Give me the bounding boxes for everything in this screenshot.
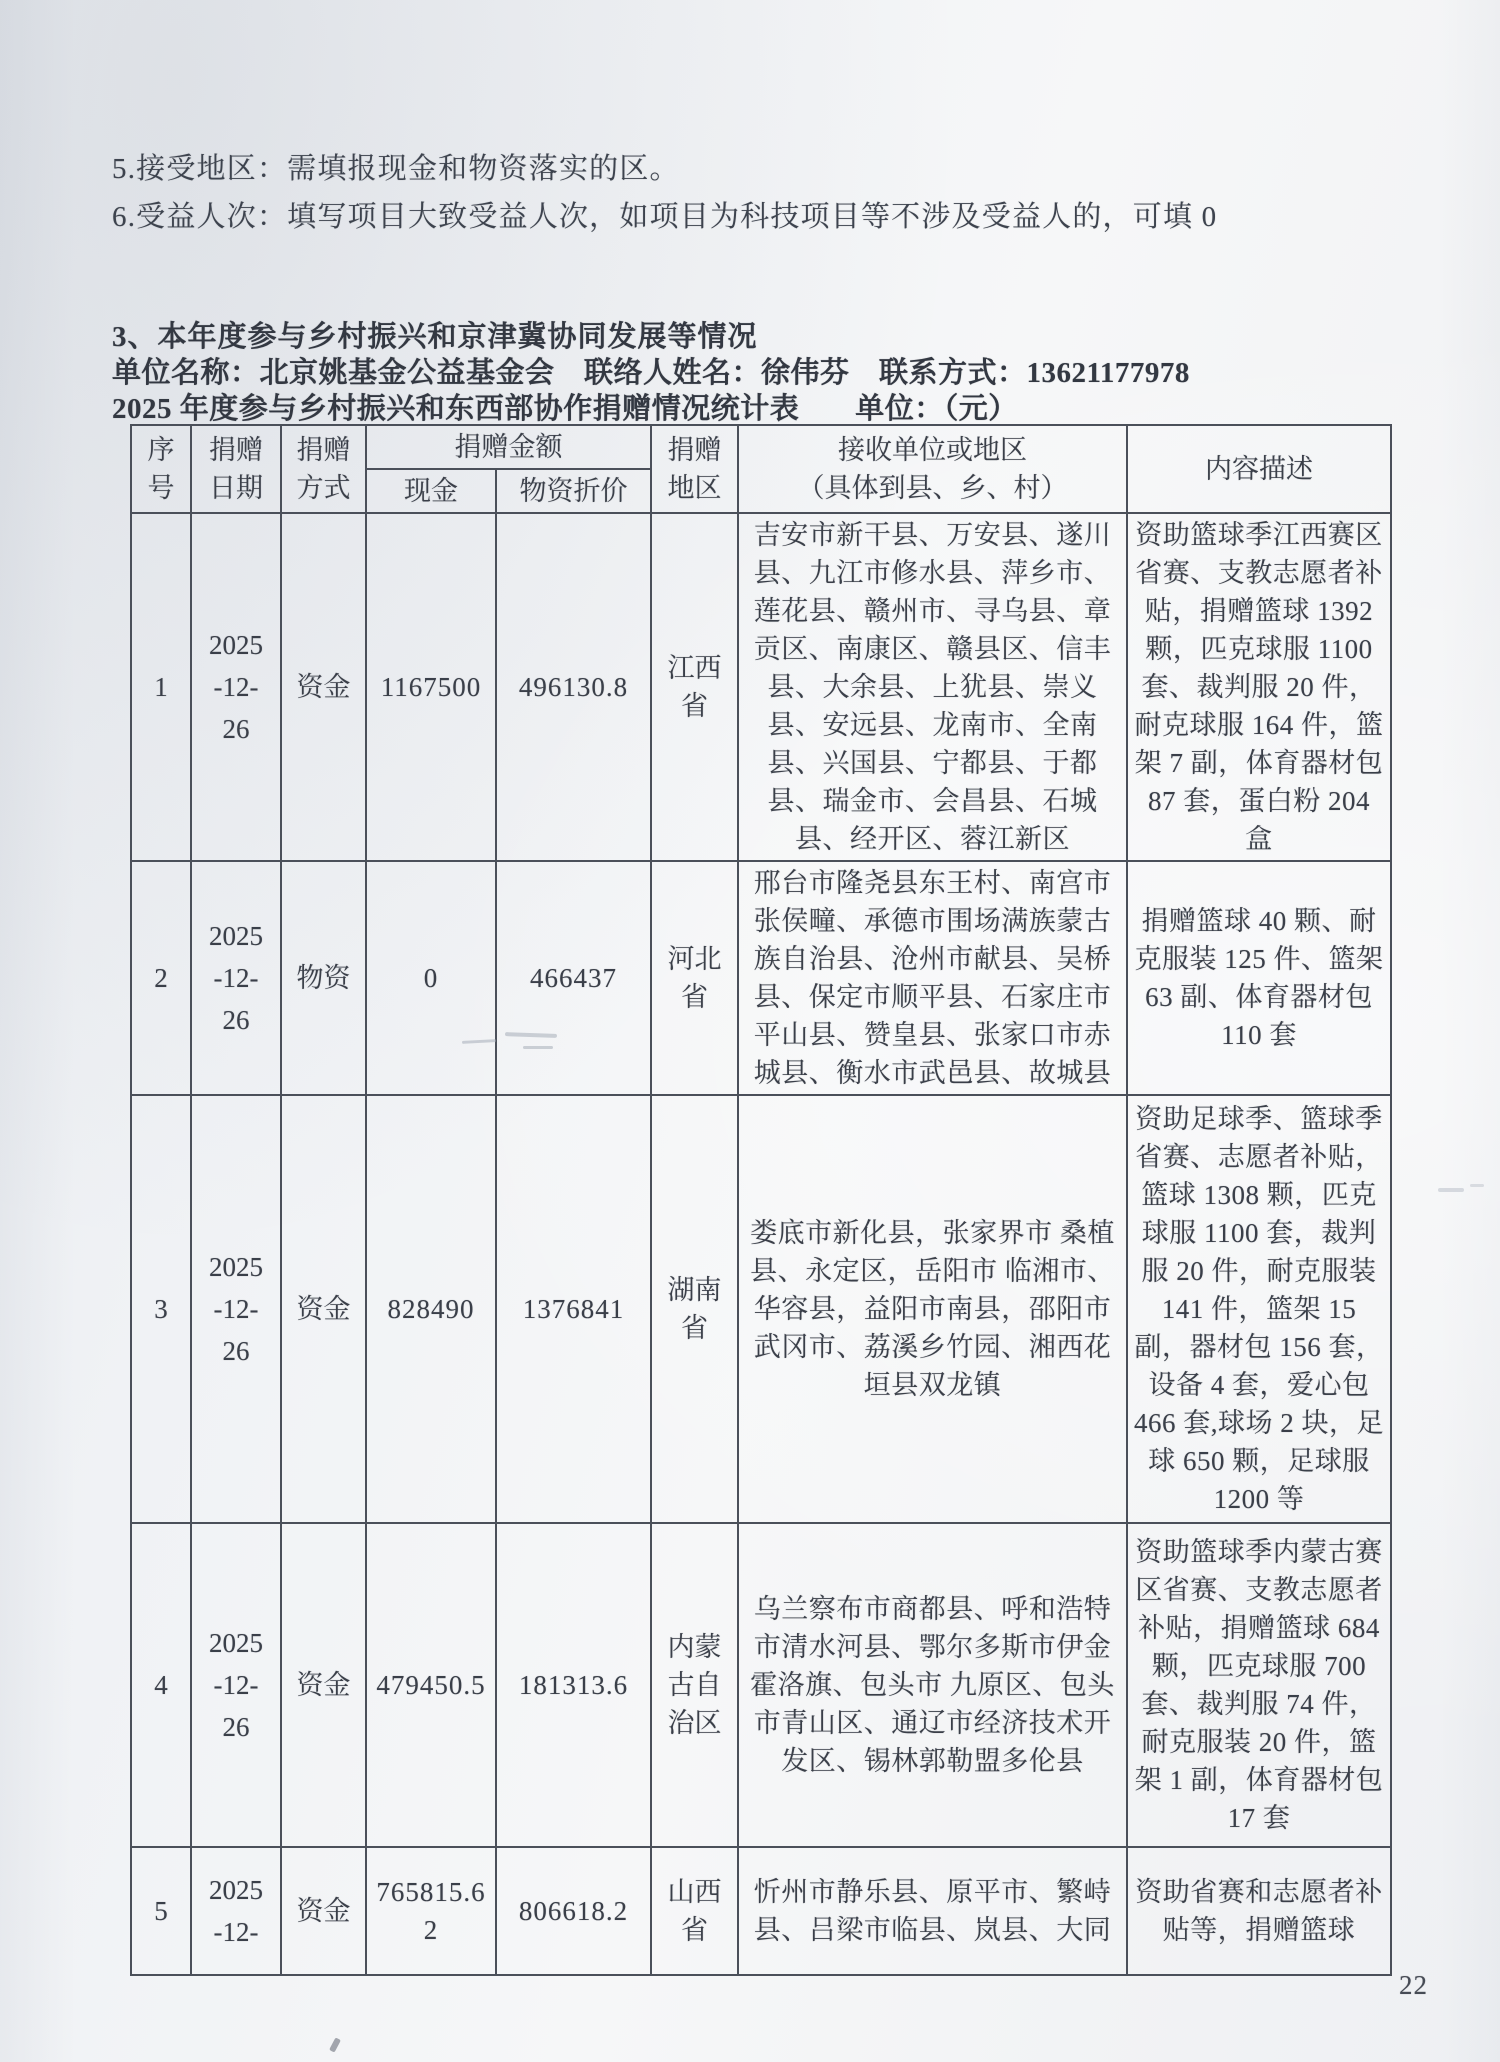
section-title: 3、本年度参与乡村振兴和京津冀协同发展等情况 [112,314,758,355]
date-line: 2025 [198,1869,274,1911]
cell-method: 资金 [281,1847,366,1975]
header-date: 捐赠日期 [191,425,281,513]
header-goods: 物资折价 [496,469,651,513]
header-receiver: 接收单位或地区 （具体到县、乡、村） [738,425,1127,513]
table-row: 1 2025 -12- 26 资金 1167500 496130.8 江西省 吉… [131,513,1391,861]
note-receiving-area: 5.接受地区：需填报现金和物资落实的区。 [112,146,680,187]
cell-desc: 捐赠篮球 40 颗、耐克服装 125 件、篮架 63 副、体育器材包 110 套 [1127,861,1391,1095]
cell-receiver: 乌兰察布市商都县、呼和浩特市清水河县、鄂尔多斯市伊金霍洛旗、包头市 九原区、包头… [738,1523,1127,1847]
cell-receiver: 吉安市新干县、万安县、遂川县、九江市修水县、萍乡市、莲花县、赣州市、寻乌县、章贡… [738,513,1127,861]
header-desc: 内容描述 [1127,425,1391,513]
org-info-line: 单位名称：北京姚基金公益基金会 联络人姓名：徐伟芬 联系方式：136211779… [112,350,1190,391]
cell-cash: 479450.5 [366,1523,496,1847]
cell-goods: 466437 [496,861,651,1095]
cell-region: 山西省 [651,1847,738,1975]
cell-receiver: 邢台市隆尧县东王村、南宫市张侯疃、承德市围场满族蒙古族自治县、沧州市献县、吴桥县… [738,861,1127,1095]
cell-desc: 资助篮球季江西赛区省赛、支教志愿者补贴，捐赠篮球 1392 颗，匹克球服 110… [1127,513,1391,861]
date-line: -12- [198,666,274,708]
cell-goods: 181313.6 [496,1523,651,1847]
date-line: -12- [198,1664,274,1706]
date-line: 26 [198,999,274,1041]
header-row-1: 序号 捐赠日期 捐赠方式 捐赠金额 捐赠地区 接收单位或地区 （具体到县、乡、村… [131,425,1391,469]
date-line: 2025 [198,915,274,957]
date-line: 26 [198,708,274,750]
cell-date: 2025 -12- 26 [191,513,281,861]
cell-receiver: 忻州市静乐县、原平市、繁峙县、吕梁市临县、岚县、大同 [738,1847,1127,1975]
cell-receiver: 娄底市新化县，张家界市 桑植县、永定区，岳阳市 临湘市、华容县，益阳市南县，邵阳… [738,1095,1127,1523]
cell-method: 资金 [281,1523,366,1847]
date-line: -12- [198,1911,274,1953]
cell-goods: 1376841 [496,1095,651,1523]
header-seq: 序号 [131,425,191,513]
date-line: -12- [198,1288,274,1330]
table-row: 3 2025 -12- 26 资金 828490 1376841 湖南省 娄底市… [131,1095,1391,1523]
unit-note: 单位：（元） [855,393,1018,425]
cell-method: 资金 [281,1095,366,1523]
header-method: 捐赠方式 [281,425,366,513]
scan-speck [329,2037,341,2052]
cell-seq: 2 [131,861,191,1095]
cell-seq: 1 [131,513,191,861]
header-amount-group: 捐赠金额 [366,425,651,469]
scan-smudge [1470,1184,1484,1187]
cell-seq: 3 [131,1095,191,1523]
cell-goods: 496130.8 [496,513,651,861]
scan-smudge [523,1046,553,1049]
donation-table: 序号 捐赠日期 捐赠方式 捐赠金额 捐赠地区 接收单位或地区 （具体到县、乡、村… [130,424,1392,1976]
date-line: 26 [198,1706,274,1748]
cell-goods: 806618.2 [496,1847,651,1975]
date-line: 2025 [198,1622,274,1664]
table-row: 5 2025 -12- 资金 765815.62 806618.2 山西省 忻州… [131,1847,1391,1975]
cell-region: 河北省 [651,861,738,1095]
cell-region: 江西省 [651,513,738,861]
note-beneficiaries: 6.受益人次：填写项目大致受益人次，如项目为科技项目等不涉及受益人的，可填 0 [112,194,1217,235]
scan-smudge [1438,1188,1464,1192]
date-line: 2025 [198,624,274,666]
cell-cash: 765815.62 [366,1847,496,1975]
date-line: -12- [198,957,274,999]
cell-seq: 4 [131,1523,191,1847]
cell-date: 2025 -12- 26 [191,1095,281,1523]
table-row: 2 2025 -12- 26 物资 0 466437 河北省 邢台市隆尧县东王村… [131,861,1391,1095]
table-title-line: 2025 年度参与乡村振兴和东西部协作捐赠情况统计表单位：（元） [112,386,1018,427]
table-row: 4 2025 -12- 26 资金 479450.5 181313.6 内蒙古自… [131,1523,1391,1847]
cell-cash: 0 [366,861,496,1095]
header-receiver-line2: （具体到县、乡、村） [745,469,1120,507]
header-receiver-line1: 接收单位或地区 [745,431,1120,469]
cell-desc: 资助足球季、篮球季省赛、志愿者补贴，篮球 1308 颗，匹克球服 1100 套，… [1127,1095,1391,1523]
date-line: 2025 [198,1246,274,1288]
cell-desc: 资助篮球季内蒙古赛区省赛、支教志愿者补贴，捐赠篮球 684 颗，匹克球服 700… [1127,1523,1391,1847]
cell-date: 2025 -12- 26 [191,861,281,1095]
date-line: 26 [198,1330,274,1372]
cell-method: 物资 [281,861,366,1095]
cell-region: 湖南省 [651,1095,738,1523]
document-page: 5.接受地区：需填报现金和物资落实的区。 6.受益人次：填写项目大致受益人次，如… [0,0,1500,2062]
cell-cash: 828490 [366,1095,496,1523]
header-region: 捐赠地区 [651,425,738,513]
cell-date: 2025 -12- 26 [191,1523,281,1847]
cell-cash: 1167500 [366,513,496,861]
header-cash: 现金 [366,469,496,513]
cell-date: 2025 -12- [191,1847,281,1975]
cell-method: 资金 [281,513,366,861]
cell-seq: 5 [131,1847,191,1975]
table-title: 2025 年度参与乡村振兴和东西部协作捐赠情况统计表 [112,393,799,425]
cell-desc: 资助省赛和志愿者补贴等，捐赠篮球 [1127,1847,1391,1975]
page-number: 22 [1399,1970,1428,2001]
cell-region: 内蒙古自治区 [651,1523,738,1847]
